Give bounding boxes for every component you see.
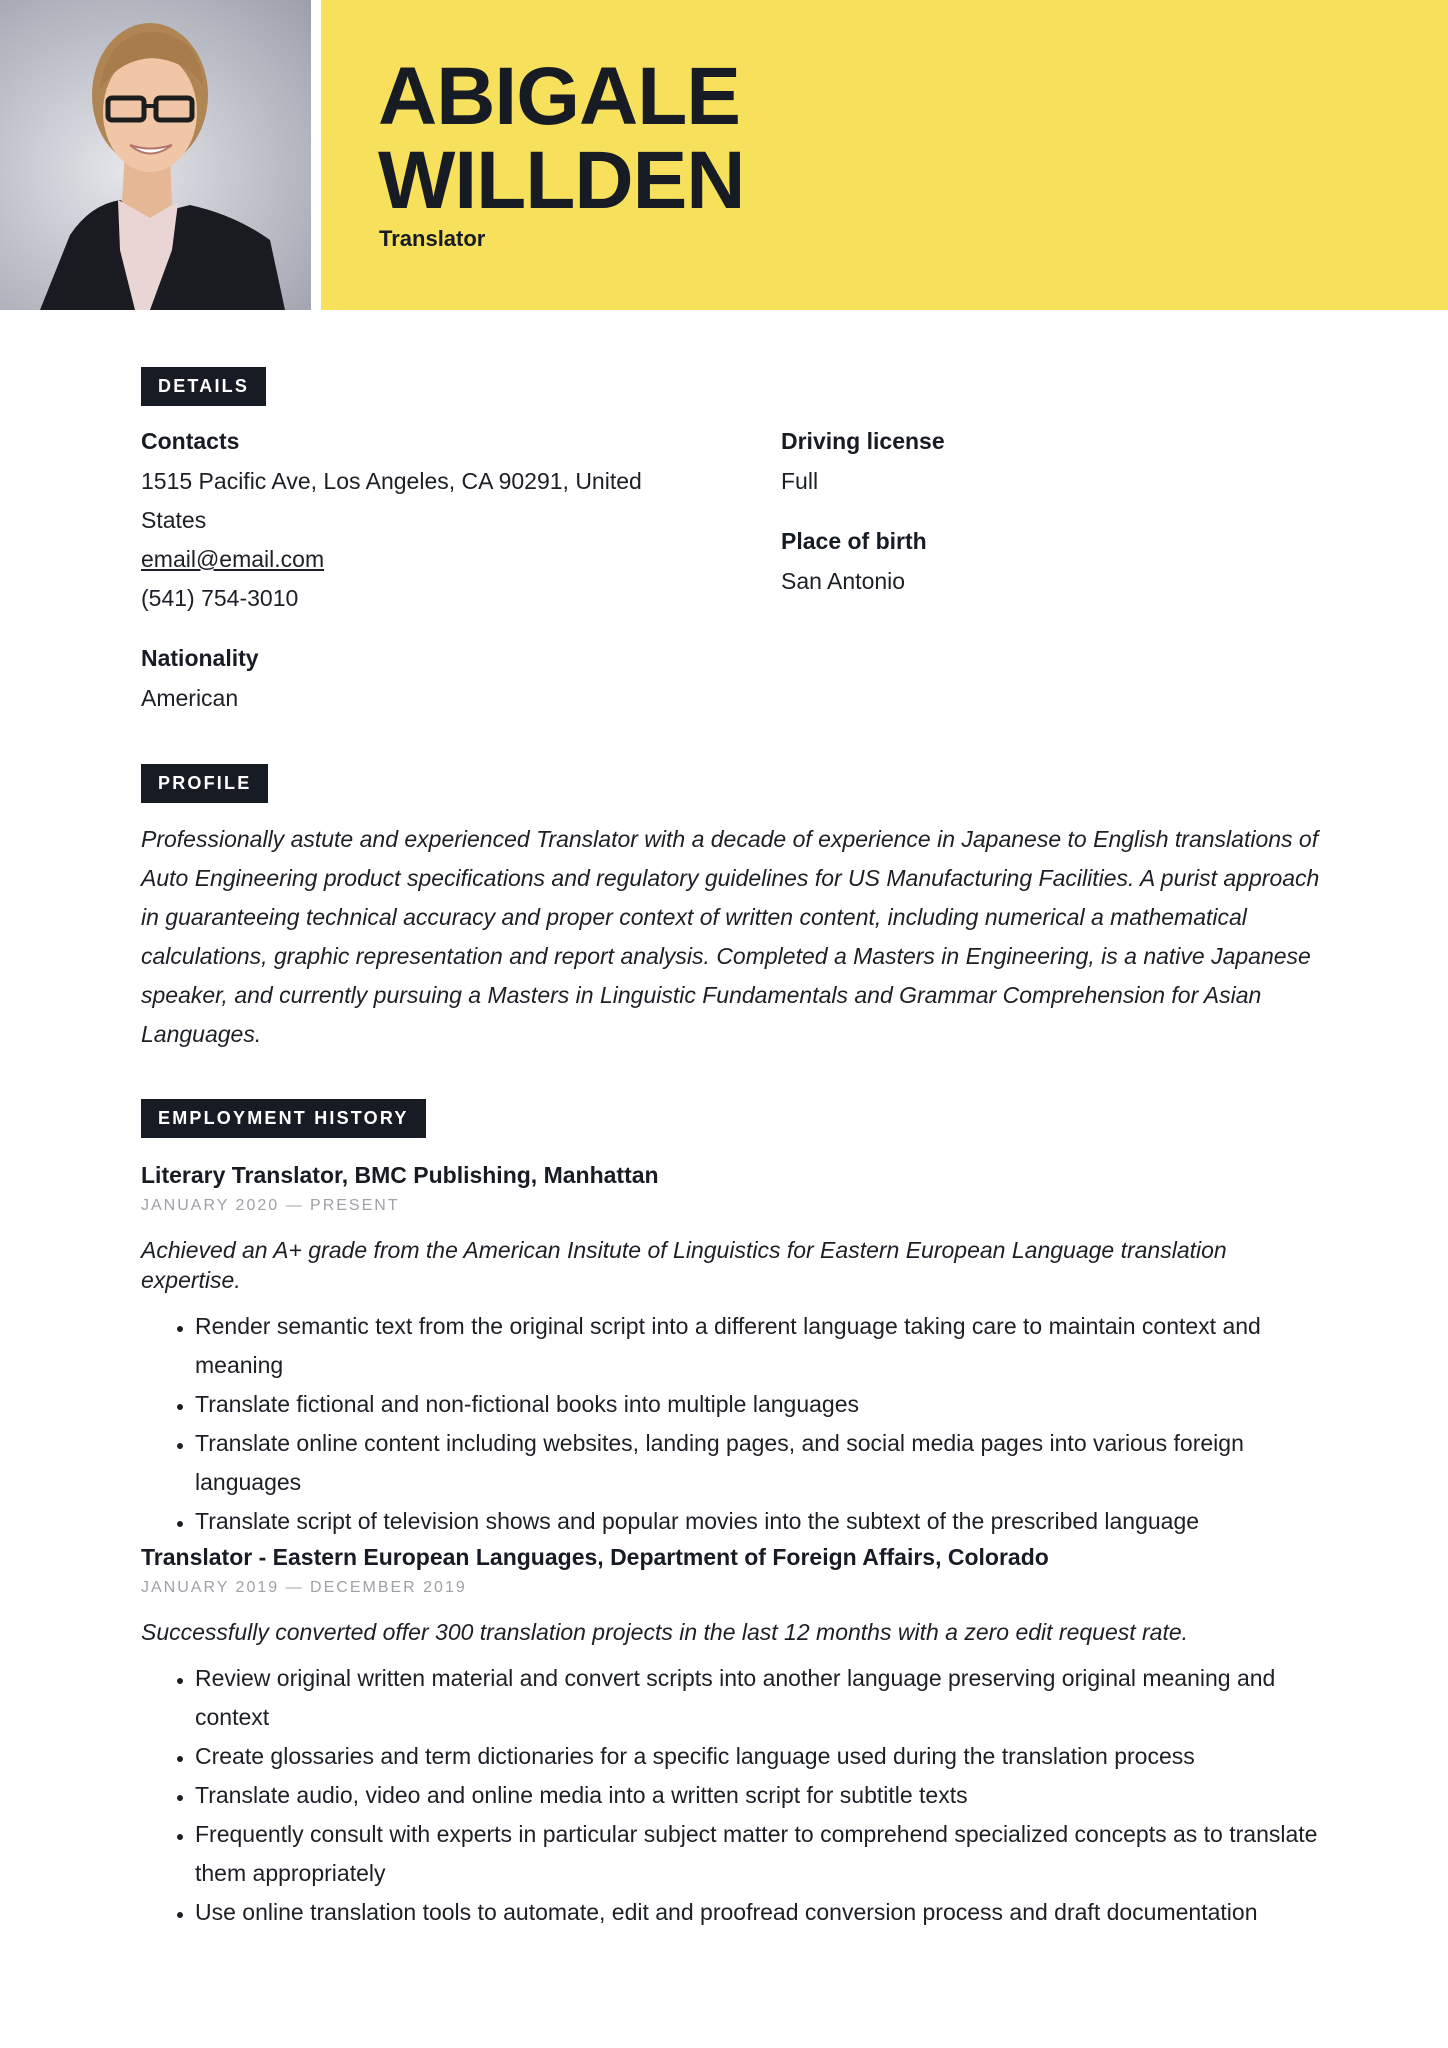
job-bullet: Render semantic text from the original s… [195,1307,1321,1385]
job-bullet: Translate audio, video and online media … [195,1776,1321,1815]
job-summary: Achieved an A+ grade from the American I… [141,1235,1321,1295]
job-bullet: Create glossaries and term dictionaries … [195,1737,1321,1776]
job-bullet: Translate online content including websi… [195,1424,1321,1502]
address-line-1: 1515 Pacific Ave, Los Angeles, CA 90291,… [141,462,642,501]
job-bullet: Translate script of television shows and… [195,1502,1321,1541]
job-entry: Translator - Eastern European Languages,… [141,1542,1321,1932]
job-entry: Literary Translator, BMC Publishing, Man… [141,1160,1321,1541]
job-title: Translator [379,226,485,252]
driving-license-value: Full [781,462,818,501]
driving-license-label: Driving license [781,428,945,455]
last-name: WILLDEN [378,135,744,226]
job-dates: JANUARY 2019 — DECEMBER 2019 [141,1577,1321,1599]
profile-heading: PROFILE [141,764,268,803]
job-dates: JANUARY 2020 — PRESENT [141,1195,1321,1217]
place-of-birth-label: Place of birth [781,528,927,555]
candidate-name: ABIGALE WILLDEN [378,55,744,223]
job-bullet: Frequently consult with experts in parti… [195,1815,1321,1893]
job-title-company: Translator - Eastern European Languages,… [141,1542,1321,1572]
details-heading: DETAILS [141,367,266,406]
job-title-company: Literary Translator, BMC Publishing, Man… [141,1160,1321,1190]
portrait-illustration [0,0,311,310]
job-bullets: Review original written material and con… [141,1659,1321,1932]
profile-photo [0,0,311,310]
header-banner: ABIGALE WILLDEN Translator [321,0,1448,310]
job-bullets: Render semantic text from the original s… [141,1307,1321,1541]
place-of-birth-value: San Antonio [781,562,905,601]
job-bullet: Translate fictional and non-fictional bo… [195,1385,1321,1424]
phone: (541) 754-3010 [141,579,298,618]
nationality-value: American [141,679,238,718]
profile-summary: Professionally astute and experienced Tr… [141,820,1321,1054]
email-link-wrap: email@email.com [141,540,324,579]
email-link[interactable]: email@email.com [141,546,324,572]
job-bullet: Review original written material and con… [195,1659,1321,1737]
contacts-label: Contacts [141,428,239,455]
job-bullet: Use online translation tools to automate… [195,1893,1321,1932]
first-name: ABIGALE [378,51,740,142]
nationality-label: Nationality [141,645,259,672]
job-summary: Successfully converted offer 300 transla… [141,1617,1321,1647]
address-line-2: States [141,501,206,540]
employment-heading: EMPLOYMENT HISTORY [141,1099,426,1138]
